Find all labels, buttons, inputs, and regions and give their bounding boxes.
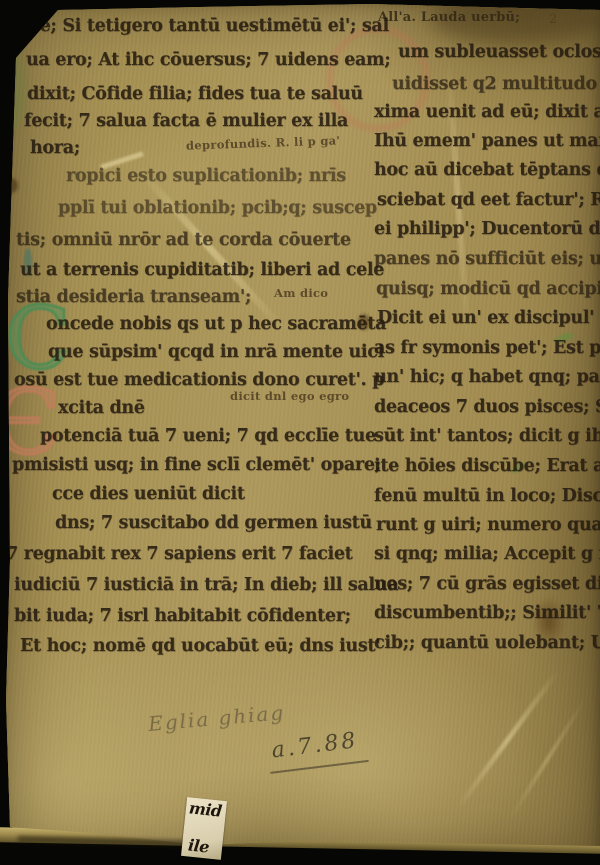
text-line: deaceos 7 duos pisces; S; hec: [374, 399, 600, 417]
text-line: cce dies ueniūt dicit: [52, 486, 245, 504]
text-line: si qnq; milia; Accepit g ihs pa: [374, 546, 600, 564]
text-line: ite hōies discūbe; Erat aū: [374, 458, 600, 476]
text-line: xcita dnē: [58, 400, 145, 418]
text-line: uidisset q2 multitudo ma: [392, 76, 600, 94]
text-line: ropici esto suplicationib; nrīs: [66, 168, 346, 186]
text-line: quisq; modicū qd accipiat;: [376, 281, 600, 299]
text-line: ua ero; At ihc cōuersus; 7 uidens eam;: [26, 52, 390, 70]
running-title: All'a. Lauda uerbū;: [378, 10, 520, 25]
rubric-note: deprofundis. R. li p ga': [186, 133, 341, 152]
text-line: as fr symonis pet'; Est puer: [374, 340, 600, 358]
text-line: hoc aū dicebat tēptans eū; ipe: [374, 162, 600, 180]
label-text: mid: [188, 798, 223, 820]
text-line: sciebat qd eet factur'; Respon: [377, 192, 600, 210]
text-line: iudiciū 7 iusticiā in trā; In dieb; ill …: [14, 577, 398, 595]
text-line: fenū multū in loco; Discubu: [374, 488, 600, 506]
text-line: sūt int' tantos; dicit g ihc; fac: [374, 428, 600, 446]
text-line: potenciā tuā 7 ueni; 7 qd ecclīe tue: [40, 428, 376, 446]
parchment-page: All'a. Lauda uerbū; 2 C Є se; Si tetiger…: [0, 0, 600, 865]
text-line: un' hic; q habet qnq; panes or: [374, 369, 600, 387]
text-line: runt g uiri; numero qua: [376, 517, 600, 535]
manuscript-photograph: All'a. Lauda uerbū; 2 C Є se; Si tetiger…: [0, 0, 600, 865]
text-line: osū est tue medicationis dono curet'. p: [14, 372, 384, 390]
marginal-note: Am dico: [274, 286, 328, 300]
shelfmark: a.7.88: [266, 727, 369, 774]
text-line: pmisisti usq; in fine sclī clemēt' opare…: [12, 457, 381, 475]
folio-number: 2: [549, 12, 557, 27]
text-line: dixit; Cōfide filia; fides tua te saluū: [27, 86, 363, 104]
green-edge-smudge: [0, 48, 26, 132]
text-line: oncede nobis qs ut p hec sacramēta: [46, 316, 386, 334]
text-line: hora;: [30, 140, 80, 158]
text-line: xima uenit ad eū; dixit ad phil: [374, 104, 600, 122]
text-line: Dicit ei un' ex discipul' ei'; andre: [377, 310, 600, 328]
text-line: um subleuasset oclos ih: [398, 44, 600, 62]
text-line: nes; 7 cū grās egisset distri: [374, 576, 600, 594]
text-line: Ihū emem' panes ut manduce: [374, 133, 600, 151]
text-line: que sūpsim' qcqd in nrā mente uici: [48, 344, 384, 362]
text-line: tis; omniū nrōr ad te corda cōuerte: [16, 232, 351, 250]
text-line: se; Si tetigero tantū uestimētū ei'; sal: [30, 18, 389, 36]
text-line: ei philipp'; Ducentorū denari: [374, 221, 600, 239]
text-line: discumbentib;; Similit' 7 ex pis: [374, 605, 600, 623]
marginal-note: dicit dnl ego egro: [230, 389, 349, 403]
text-line: dns; 7 suscitabo dd germen iustū: [55, 515, 372, 533]
text-line: fecit; 7 salua facta ē mulier ex illa: [24, 113, 348, 131]
text-line: stia desideria transeam';: [16, 289, 251, 307]
text-line: Et hoc; nomē qd uocabūt eū; dns iust': [20, 638, 380, 656]
ink-spot: [4, 178, 18, 193]
text-line: ut a terrenis cupiditatib; liberi ad cel…: [20, 262, 384, 280]
text-line: cib;; quantū uolebant; Ut aū: [374, 635, 600, 653]
text-line: panes nō sufficiūt eis; ut un': [374, 251, 600, 269]
label-text: ile: [187, 835, 210, 856]
text-line: bit iuda; 7 isrl habitabit cōfidenter;: [14, 608, 351, 626]
printed-label-fragment: mid ile: [181, 797, 227, 860]
scratch-line: [456, 670, 560, 810]
faded-ink-inscription: Eglia ghiag: [147, 700, 286, 736]
text-line: pplī tui oblationib; pcib;q; suscep: [58, 200, 377, 218]
text-line: 7 regnabit rex 7 sapiens erit 7 faciet: [6, 546, 352, 564]
crease-line: [135, 166, 287, 334]
